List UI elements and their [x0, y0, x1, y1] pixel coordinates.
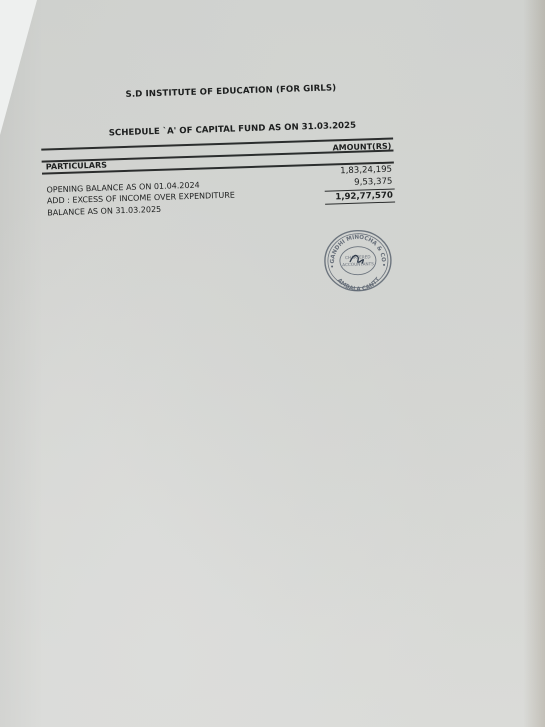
- svg-text:AMBALA CANTT: AMBALA CANTT: [336, 276, 382, 293]
- row-opening-balance-amount: 1,83,24,195: [340, 165, 392, 177]
- institution-title: S.D INSTITUTE OF EDUCATION (FOR GIRLS): [125, 83, 336, 100]
- schedule-title: SCHEDULE `A' OF CAPITAL FUND AS ON 31.03…: [109, 121, 357, 139]
- stamp-seal-icon: GANDHI MINOCHA & CO AMBALA CANTT CHARTER…: [321, 227, 395, 295]
- document-content: S.D INSTITUTE OF EDUCATION (FOR GIRLS) S…: [0, 0, 545, 727]
- row-closing-balance-amount: 1,92,77,570: [335, 191, 393, 203]
- row-excess-income-amount: 9,53,375: [354, 177, 393, 188]
- photo-scene: S.D INSTITUTE OF EDUCATION (FOR GIRLS) S…: [0, 0, 545, 727]
- stamp-bottom-arc-text: AMBALA CANTT: [336, 276, 382, 293]
- capital-fund-table: AMOUNT(RS) PARTICULARS OPENING BALANCE A…: [41, 138, 393, 149]
- auditor-stamp: GANDHI MINOCHA & CO AMBALA CANTT CHARTER…: [321, 227, 395, 295]
- row-closing-balance-label: BALANCE AS ON 31.03.2025: [47, 205, 161, 218]
